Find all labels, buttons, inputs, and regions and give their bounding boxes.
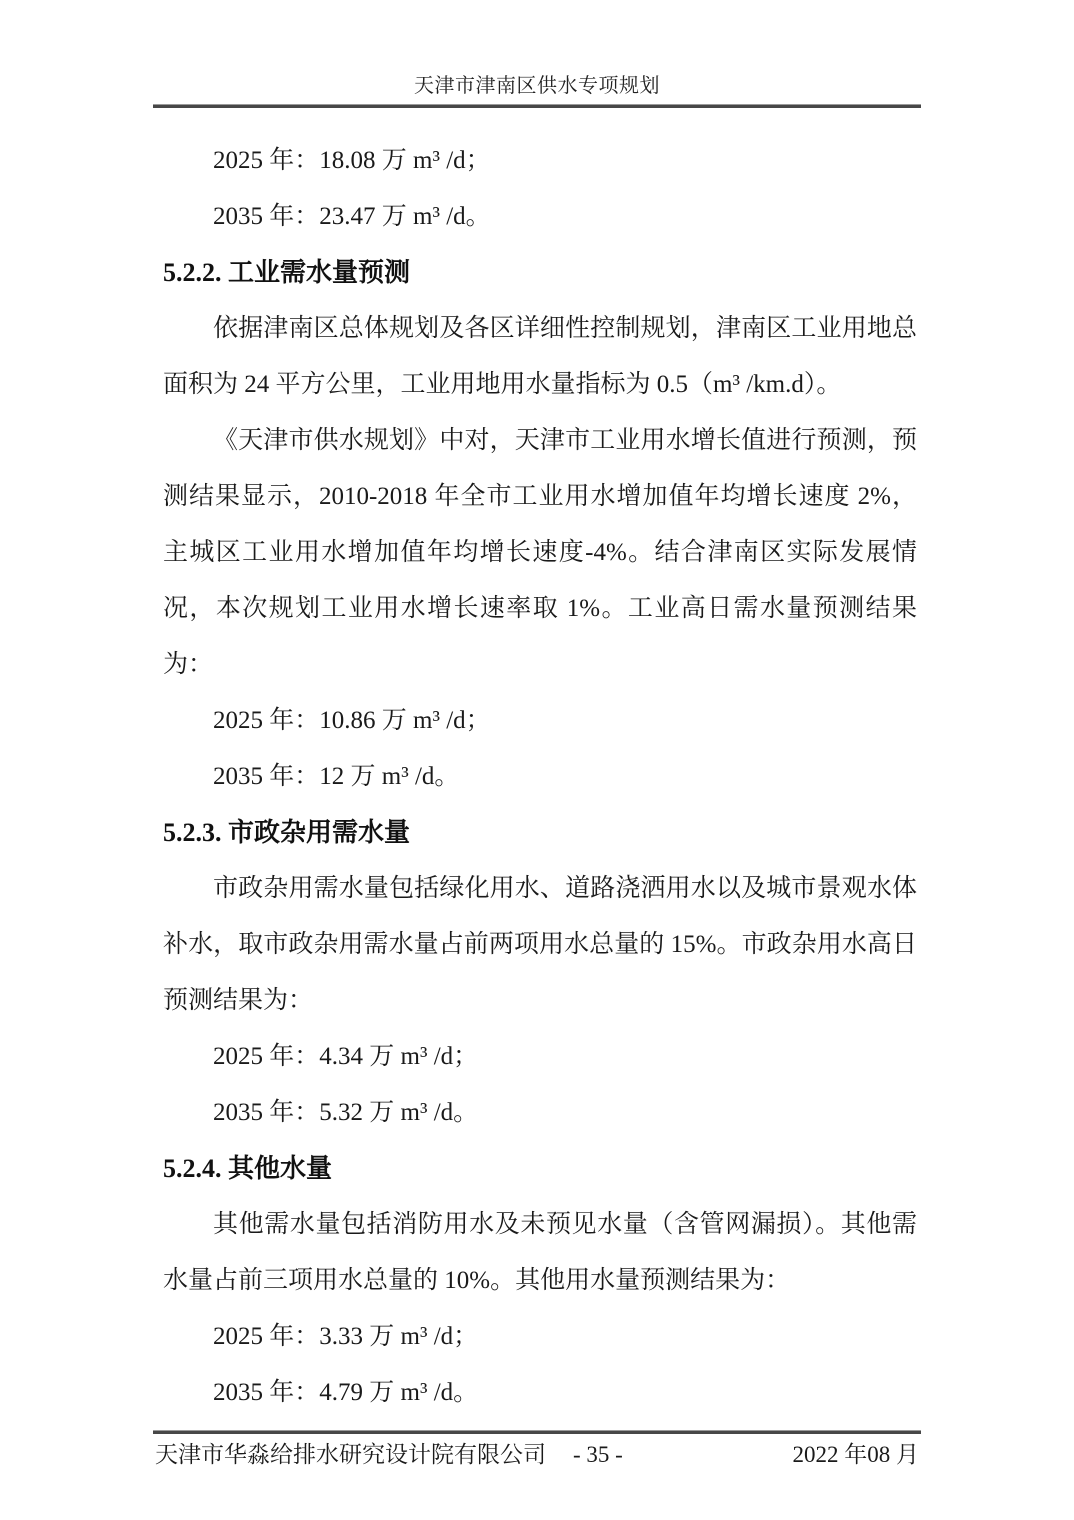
page-footer: 天津市华淼给排水研究设计院有限公司 - 35 - 2022 年08 月 bbox=[155, 1438, 919, 1472]
document-page: 天津市津南区供水专项规划 2025 年：18.08 万 m³ /d； 2035 … bbox=[0, 0, 1074, 1520]
section-heading-5-2-4: 5.2.4. 其他水量 bbox=[163, 1141, 917, 1197]
paragraph-municipal: 市政杂用需水量包括绿化用水、道路浇洒用水以及城市景观水体补水，取市政杂用需水量占… bbox=[163, 861, 917, 1029]
page-header-title: 天津市津南区供水专项规划 bbox=[155, 72, 919, 100]
value-line-industrial-2025: 2025 年：10.86 万 m³ /d； bbox=[163, 693, 917, 749]
paragraph-industrial-area: 依据津南区总体规划及各区详细性控制规划，津南区工业用地总面积为 24 平方公里，… bbox=[163, 301, 917, 413]
value-line-municipal-2035: 2035 年：5.32 万 m³ /d。 bbox=[163, 1085, 917, 1141]
value-line-domestic-2035: 2035 年：23.47 万 m³ /d。 bbox=[163, 189, 917, 245]
value-line-other-2025: 2025 年：3.33 万 m³ /d； bbox=[163, 1309, 917, 1365]
value-line-other-2035: 2035 年：4.79 万 m³ /d。 bbox=[163, 1365, 917, 1421]
paragraph-other: 其他需水量包括消防用水及未预见水量（含管网漏损）。其他需水量占前三项用水总量的 … bbox=[163, 1197, 917, 1309]
footer-date: 2022 年08 月 bbox=[793, 1438, 920, 1472]
paragraph-industrial-growth: 《天津市供水规划》中对，天津市工业用水增长值进行预测，预测结果显示，2010-2… bbox=[163, 413, 917, 693]
value-line-industrial-2035: 2035 年：12 万 m³ /d。 bbox=[163, 749, 917, 805]
document-body: 2025 年：18.08 万 m³ /d； 2035 年：23.47 万 m³ … bbox=[163, 133, 917, 1421]
footer-company-name: 天津市华淼给排水研究设计院有限公司 bbox=[155, 1438, 546, 1472]
value-line-domestic-2025: 2025 年：18.08 万 m³ /d； bbox=[163, 133, 917, 189]
value-line-municipal-2025: 2025 年：4.34 万 m³ /d； bbox=[163, 1029, 917, 1085]
footer-rule bbox=[153, 1431, 921, 1434]
section-heading-5-2-2: 5.2.2. 工业需水量预测 bbox=[163, 245, 917, 301]
header-rule bbox=[153, 105, 921, 108]
section-heading-5-2-3: 5.2.3. 市政杂用需水量 bbox=[163, 805, 917, 861]
footer-page-number: - 35 - bbox=[573, 1438, 623, 1472]
